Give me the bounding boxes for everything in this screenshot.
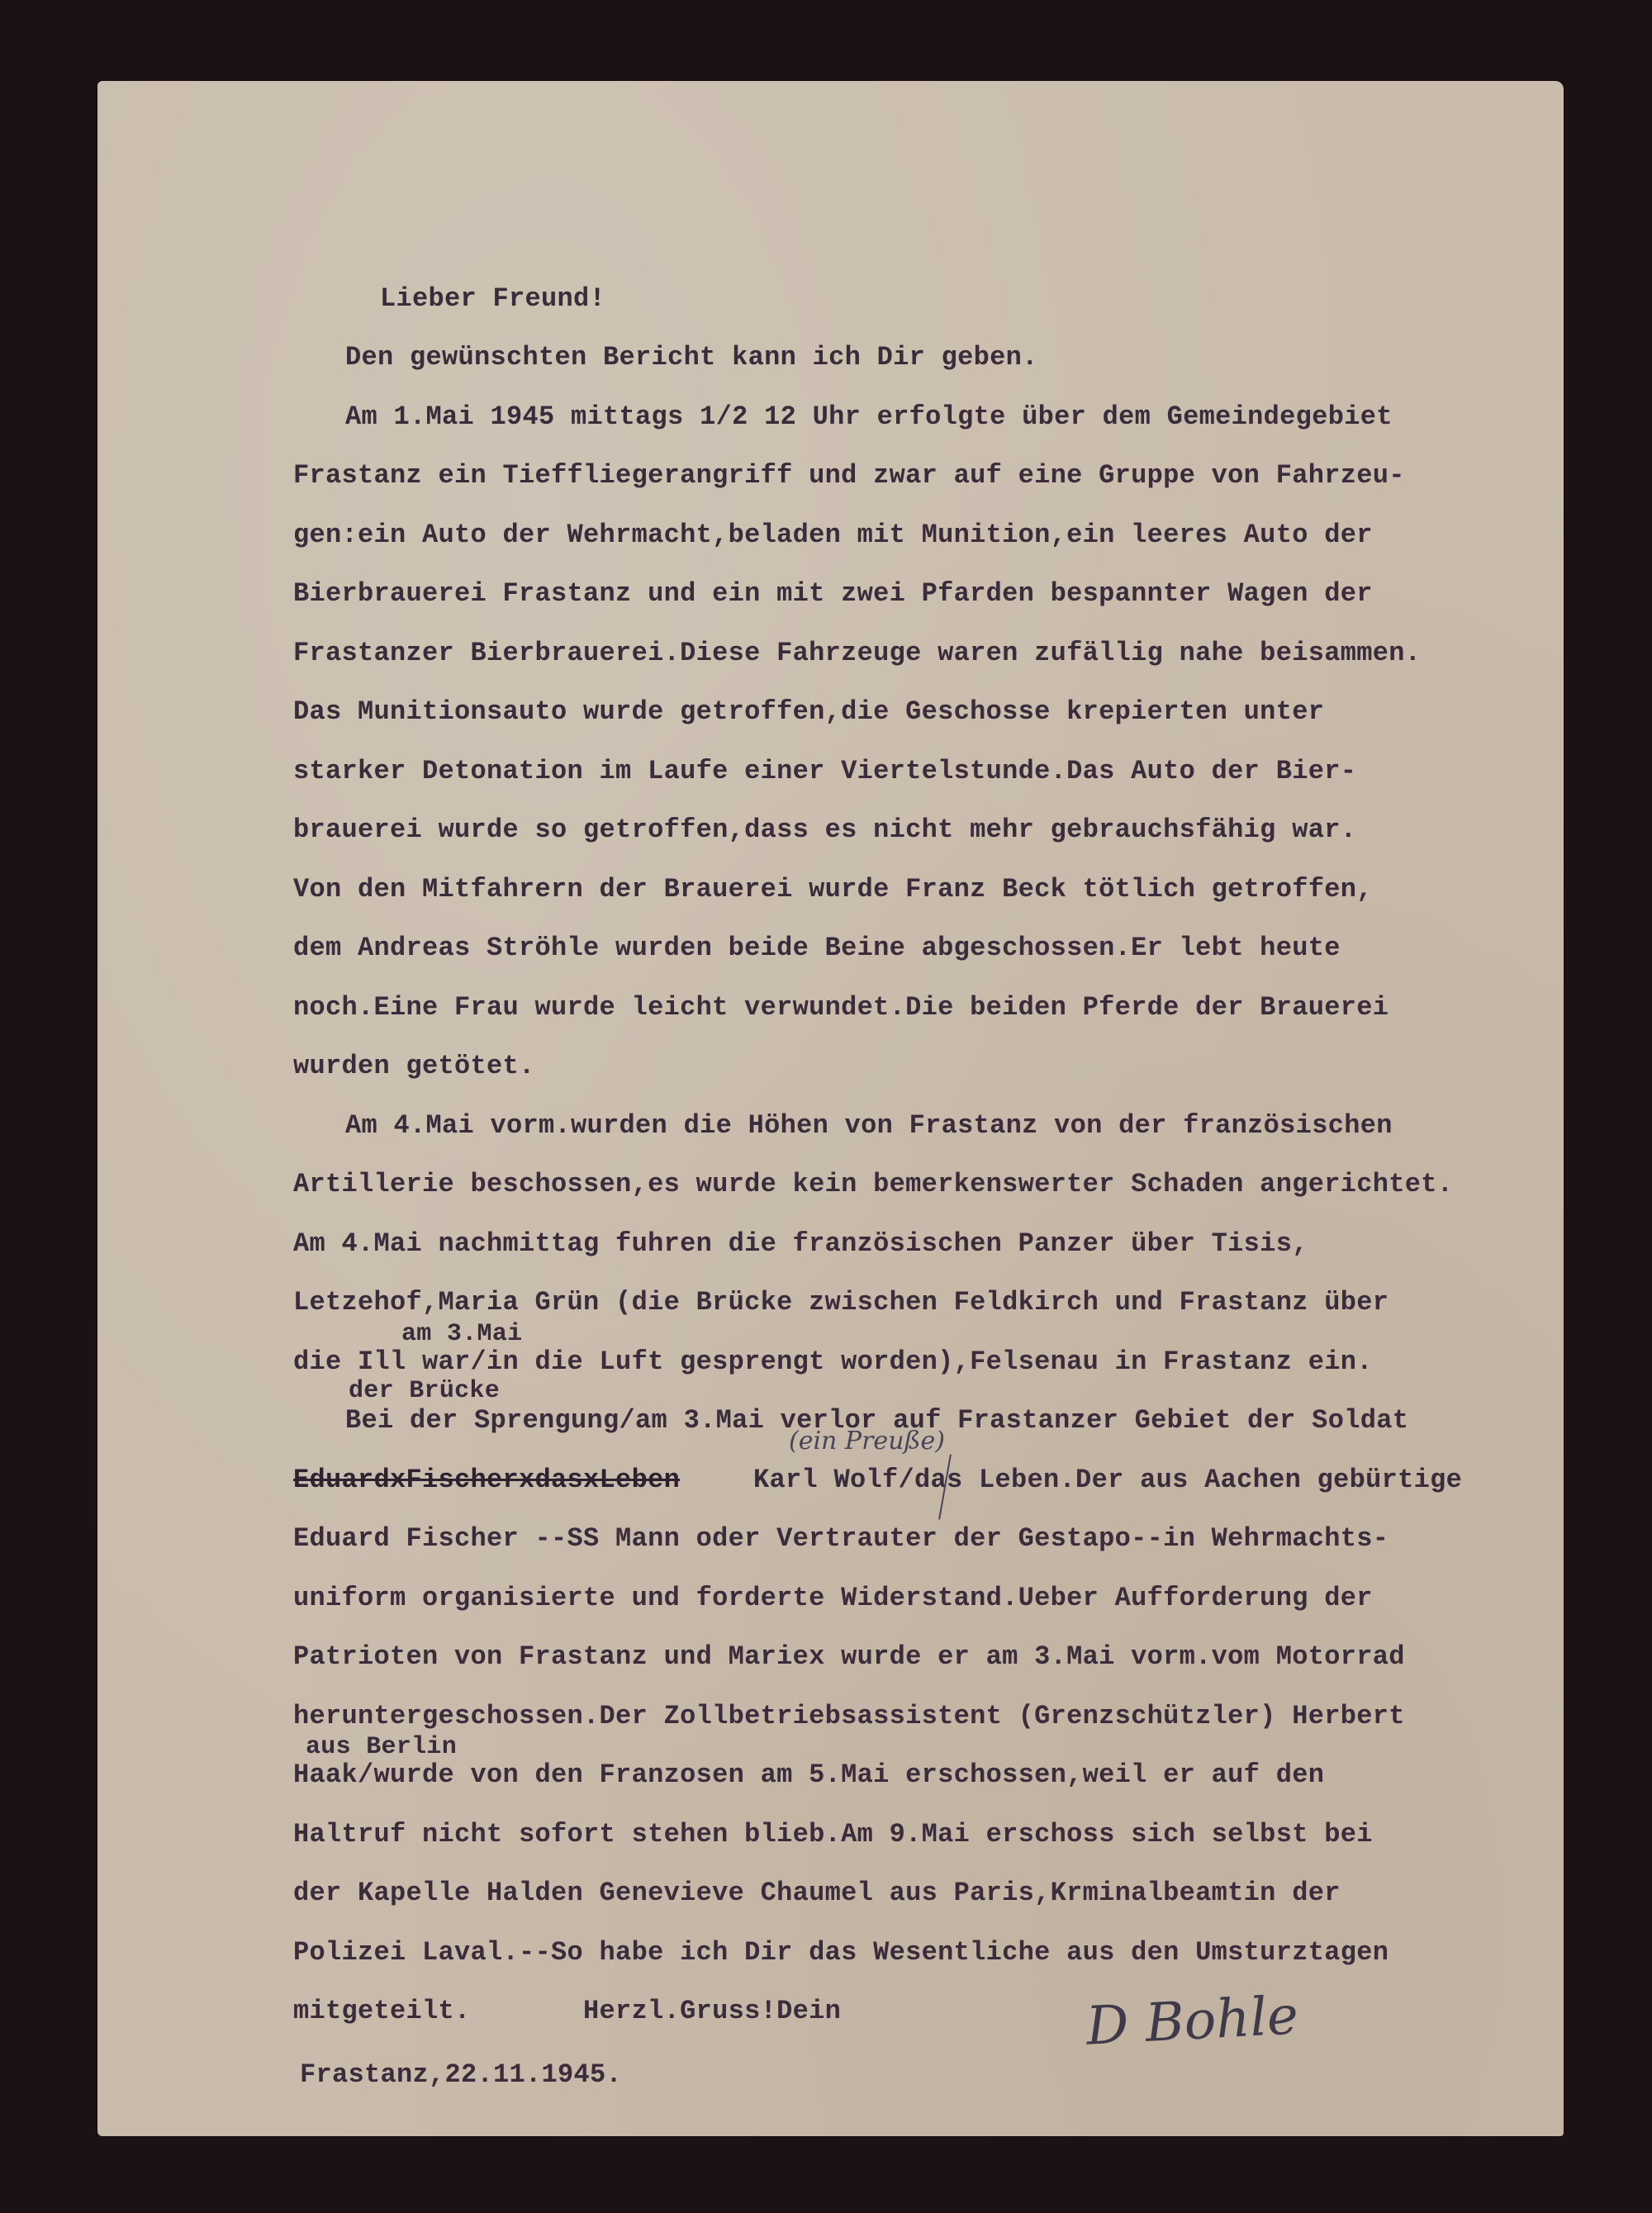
interlinear-insert: aus Berlin [306, 1733, 457, 1761]
text-line: Frastanzer Bierbrauerei.Diese Fahrzeuge … [293, 638, 1421, 668]
text-line: Am 4.Mai nachmittag fuhren die französis… [293, 1228, 1308, 1259]
date-line: Frastanz,22.11.1945. [300, 2059, 622, 2090]
text-line: Eduard Fischer --SS Mann oder Vertrauter… [293, 1523, 1389, 1554]
text-line: Am 1.Mai 1945 mittags 1/2 12 Uhr erfolgt… [345, 401, 1393, 432]
text-line: wurden getötet. [293, 1051, 535, 1081]
struck-out-text: EduardxFischerxdasxLeben [293, 1465, 680, 1495]
text-line: Polizei Laval.--So habe ich Dir das Wese… [293, 1937, 1389, 1968]
text-line: Letzehof,Maria Grün (die Brücke zwischen… [293, 1287, 1389, 1318]
text-line: gen:ein Auto der Wehrmacht,beladen mit M… [293, 520, 1373, 550]
handwritten-note: (ein Preuße) [789, 1427, 945, 1456]
text-line: Frastanz ein Tieffliegerangriff und zwar… [293, 460, 1405, 491]
text-line: Artillerie beschossen,es wurde kein beme… [293, 1169, 1453, 1199]
text-line: dem Andreas Ströhle wurden beide Beine a… [293, 933, 1341, 963]
text-line: Haltruf nicht sofort stehen blieb.Am 9.M… [293, 1819, 1373, 1850]
text-line: noch.Eine Frau wurde leicht verwundet.Di… [293, 992, 1389, 1023]
interlinear-insert: am 3.Mai [401, 1320, 522, 1348]
closing-line: mitgeteilt. Herzl.Gruss!Dein [293, 1996, 841, 2026]
text-line: uniform organisierte und forderte Widers… [293, 1583, 1373, 1613]
text-line: starker Detonation im Laufe einer Vierte… [293, 756, 1356, 786]
text-line: Haak/wurde von den Franzosen am 5.Mai er… [293, 1759, 1324, 1790]
interlinear-insert: der Brücke [349, 1377, 500, 1405]
text-line: Am 4.Mai vorm.wurden die Höhen von Frast… [345, 1110, 1393, 1141]
text-line: der Kapelle Halden Genevieve Chaumel aus… [293, 1878, 1341, 1908]
text-line: Bierbrauerei Frastanz und ein mit zwei P… [293, 578, 1373, 609]
text-line: brauerei wurde so getroffen,dass es nich… [293, 814, 1356, 845]
text-line: die Ill war/in die Luft gesprengt worden… [293, 1346, 1373, 1377]
text-line: Patrioten von Frastanz und Mariex wurde … [293, 1641, 1405, 1672]
signature: D Bohle [1085, 1985, 1299, 2057]
text-line: Karl Wolf/das Leben.Der aus Aachen gebür… [753, 1465, 1462, 1495]
salutation: Lieber Freund! [380, 283, 605, 314]
text-line: Von den Mitfahrern der Brauerei wurde Fr… [293, 874, 1373, 905]
text-line: Das Munitionsauto wurde getroffen,die Ge… [293, 696, 1324, 727]
text-line: Den gewünschten Bericht kann ich Dir geb… [345, 342, 1038, 373]
text-line: heruntergeschossen.Der Zollbetriebsassis… [293, 1701, 1405, 1731]
